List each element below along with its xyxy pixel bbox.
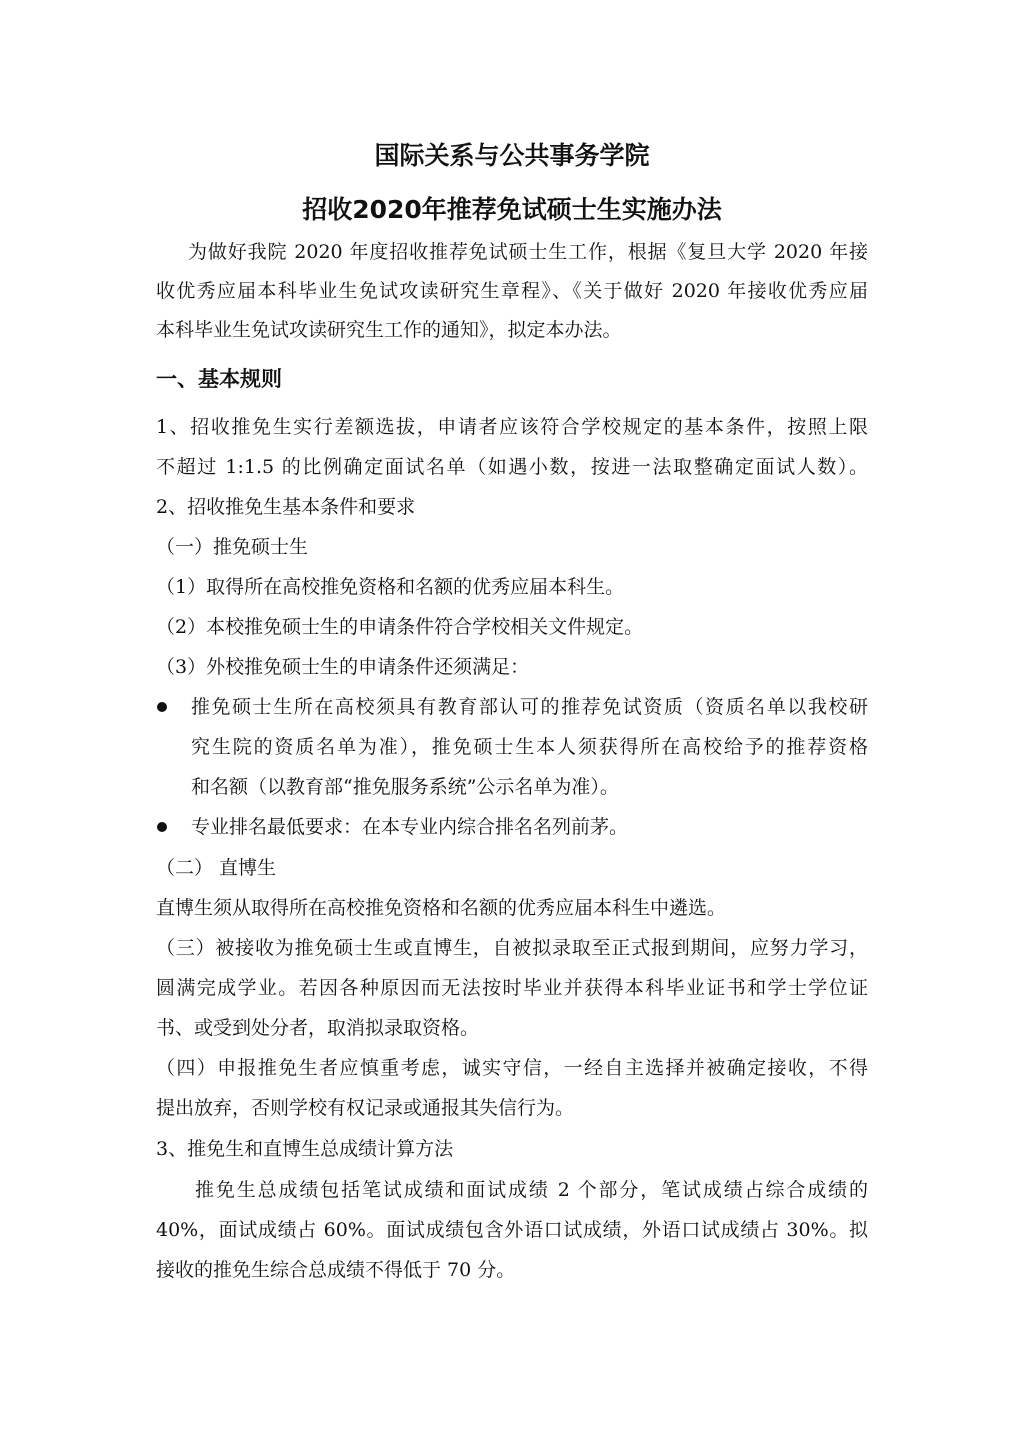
- rule-3-line-2: 40%，面试成绩占 60%。面试成绩包含外语口试成绩，外语口试成绩占 30%。拟: [156, 1218, 868, 1242]
- rule-1-line-1: 1、招收推免生实行差额选拔，申请者应该符合学校规定的基本条件，按照上限: [156, 415, 868, 439]
- intro-line-2: 收优秀应届本科毕业生免试攻读研究生章程》、《关于做好 2020 年接收优秀应届: [156, 279, 868, 303]
- bullet-2-line-1: 专业排名最低要求：在本专业内综合排名名列前茅。: [191, 815, 628, 839]
- sub-1-item-2: （2）本校推免硕士生的申请条件符合学校相关文件规定。: [156, 615, 643, 639]
- sub-2-heading: （二） 直博生: [156, 856, 276, 880]
- section-heading-basic-rules: 一、基本规则: [156, 367, 282, 391]
- rule-3-line-3: 接收的推免生综合总成绩不得低于 70 分。: [156, 1258, 515, 1282]
- intro-line-1: 为做好我院 2020 年度招收推荐免试硕士生工作，根据《复旦大学 2020 年接: [188, 240, 868, 264]
- sub-4-line-2: 提出放弃，否则学校有权记录或通报其失信行为。: [156, 1096, 574, 1120]
- sub-3-line-2: 圆满完成学业。若因各种原因而无法按时毕业并获得本科毕业证书和学士学位证: [156, 976, 868, 1000]
- bullet-1-line-2: 究生院的资质名单为准），推免硕士生本人须获得所在高校给予的推荐资格: [191, 735, 868, 759]
- sub-1-heading: （一）推免硕士生: [156, 535, 308, 559]
- rule-3-heading: 3、推免生和直博生总成绩计算方法: [156, 1137, 453, 1161]
- bullet-1-line-3: 和名额（以教育部“推免服务系统”公示名单为准）。: [191, 775, 619, 799]
- sub-3-line-1: （三）被接收为推免硕士生或直博生，自被拟录取至正式报到期间，应努力学习，: [156, 936, 868, 960]
- sub-3-line-3: 书、或受到处分者，取消拟录取资格。: [156, 1016, 479, 1040]
- sub-4-line-1: （四）申报推免生者应慎重考虑，诚实守信，一经自主选择并被确定接收，不得: [156, 1056, 868, 1080]
- bullet-icon: [157, 702, 167, 712]
- bullet-1-line-1: 推免硕士生所在高校须具有教育部认可的推荐免试资质（资质名单以我校研: [191, 695, 868, 719]
- sub-2-text: 直博生须从取得所在高校推免资格和名额的优秀应届本科生中遴选。: [156, 896, 726, 920]
- title-line-1: 国际关系与公共事务学院: [0, 136, 1024, 172]
- bullet-icon: [157, 822, 167, 832]
- title-line-2: 招收2020年推荐免试硕士生实施办法: [0, 190, 1024, 226]
- sub-1-item-1: （1）取得所在高校推免资格和名额的优秀应届本科生。: [156, 575, 624, 599]
- rule-2-heading: 2、招收推免生基本条件和要求: [156, 495, 415, 519]
- sub-1-item-3: （3）外校推免硕士生的申请条件还须满足：: [156, 655, 529, 679]
- intro-line-3: 本科毕业生免试攻读研究生工作的通知》，拟定本办法。: [156, 318, 622, 342]
- rule-3-line-1: 推免生总成绩包括笔试成绩和面试成绩 2 个部分，笔试成绩占综合成绩的: [195, 1178, 868, 1202]
- rule-1-line-2: 不超过 1:1.5 的比例确定面试名单（如遇小数，按进一法取整确定面试人数）。: [156, 455, 868, 479]
